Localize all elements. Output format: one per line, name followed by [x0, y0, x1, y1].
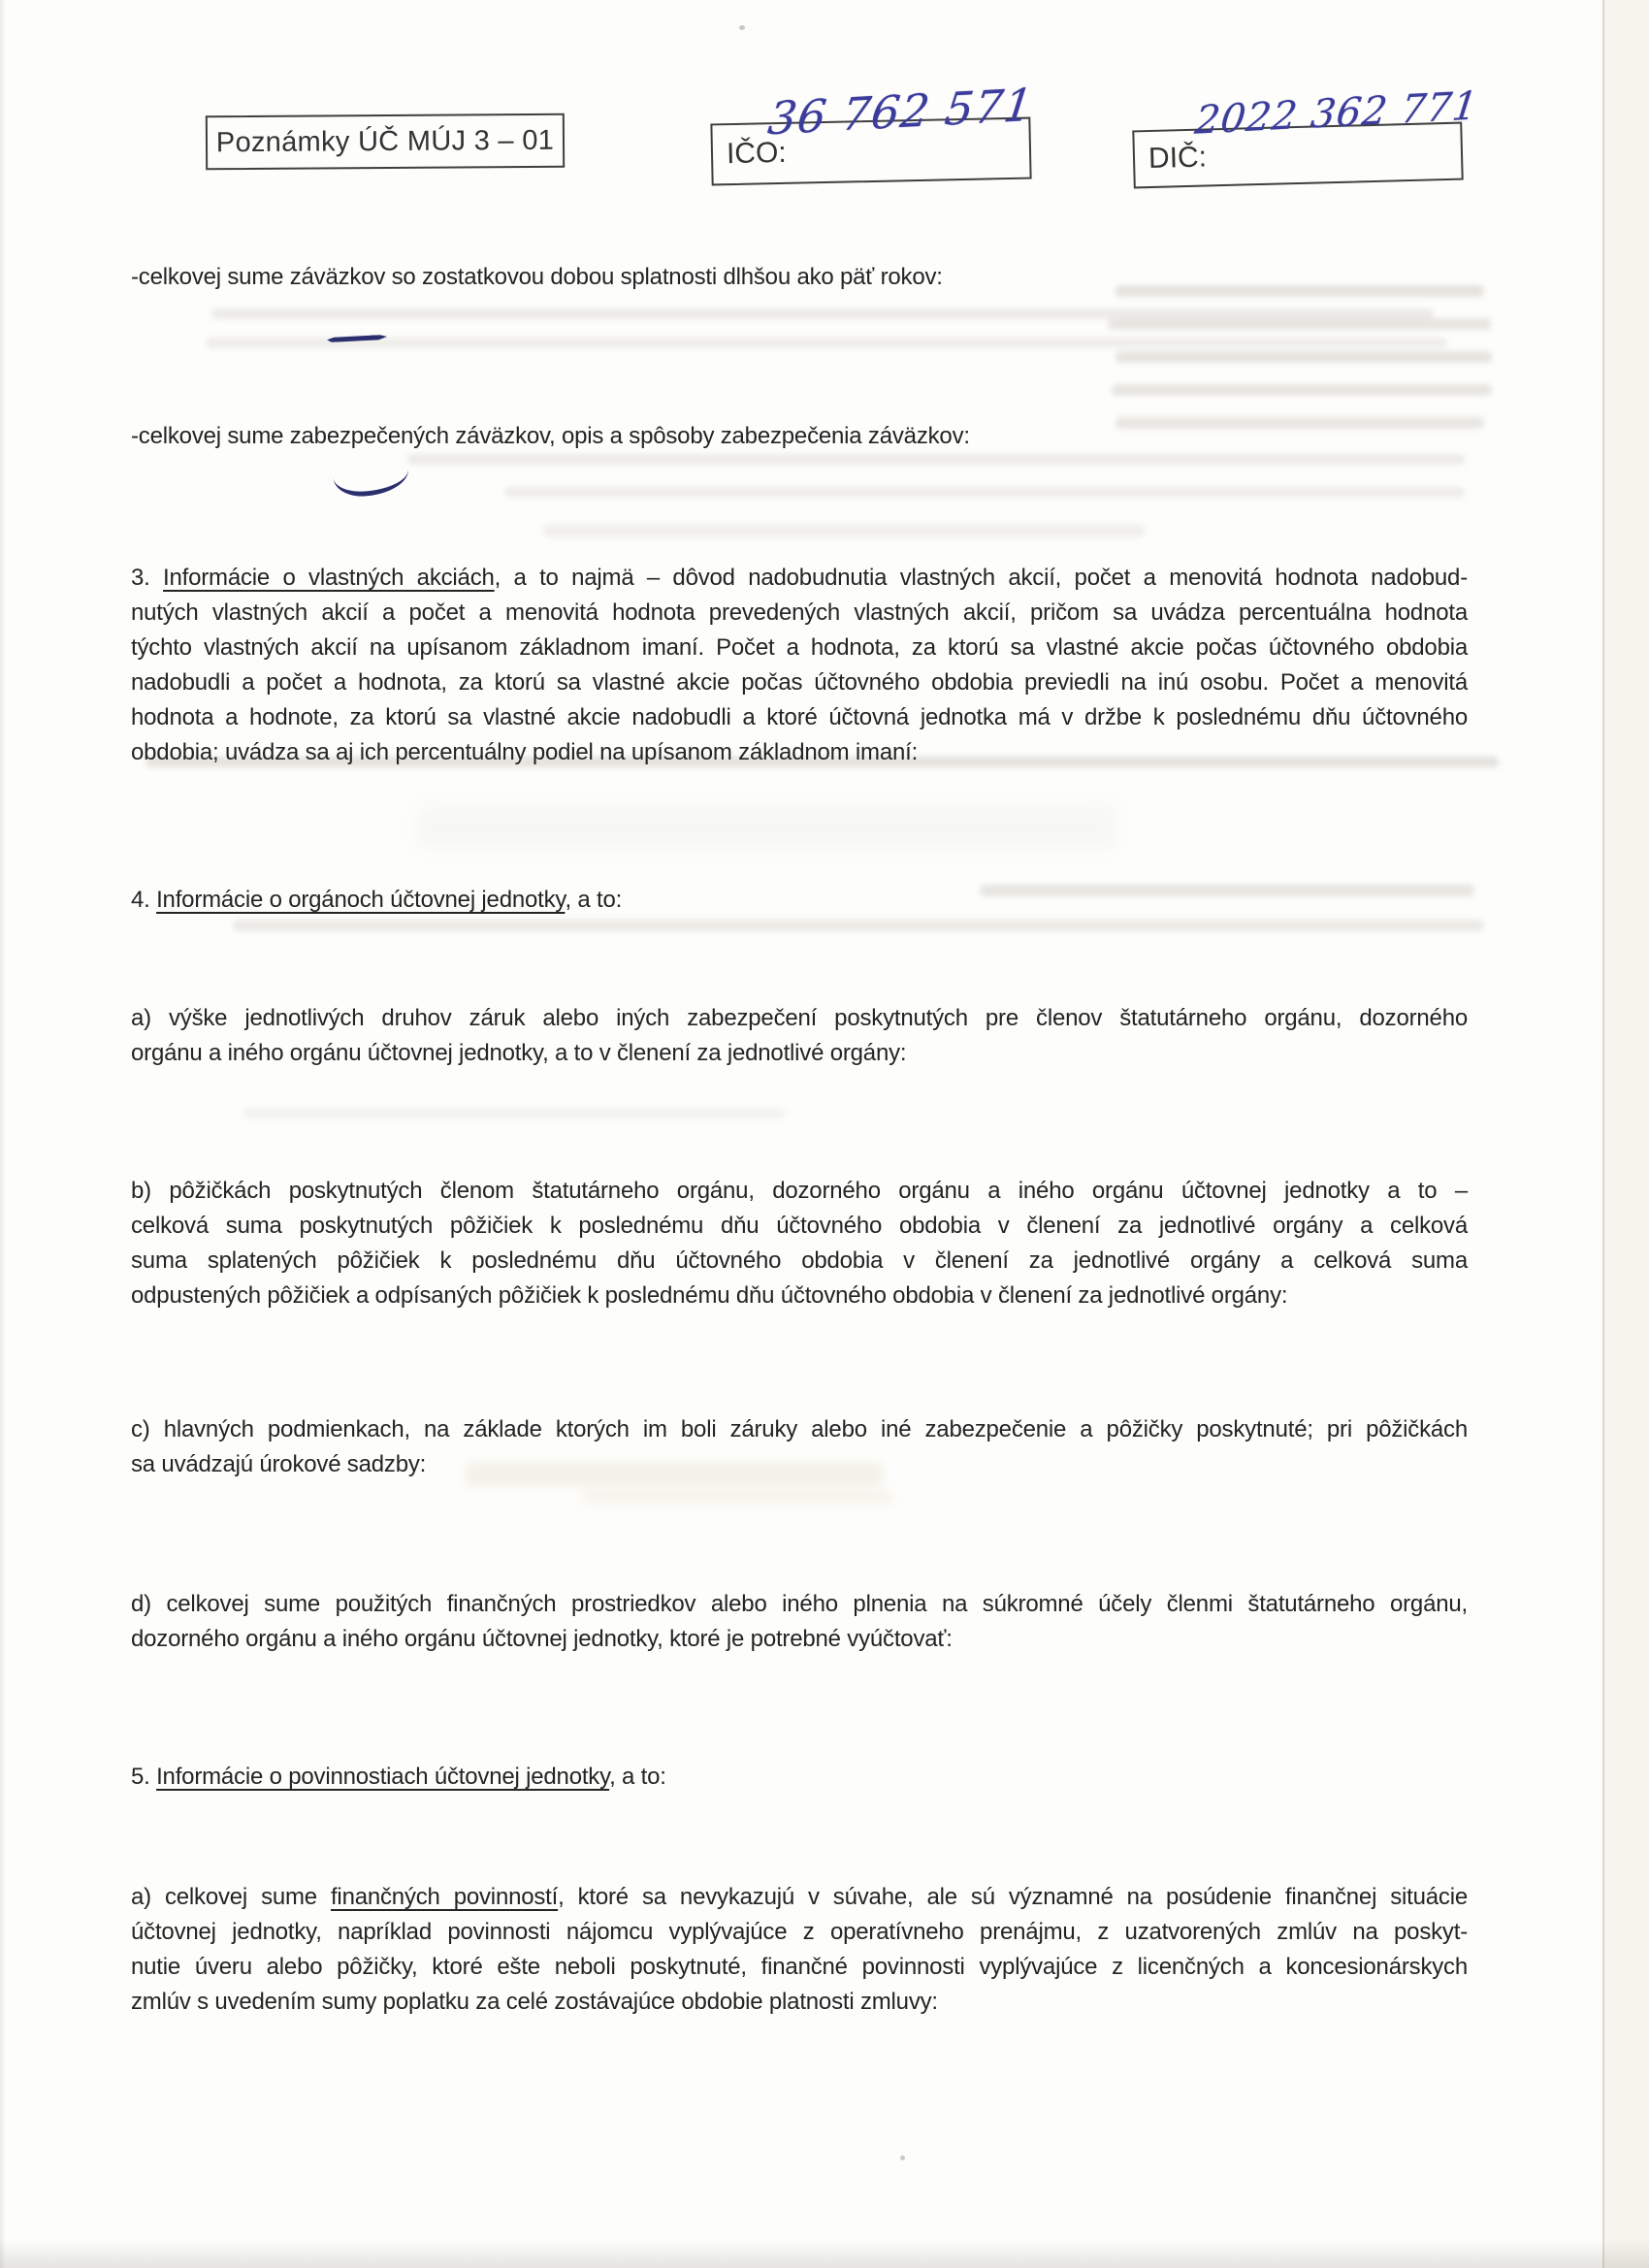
- underlined-phrase: finančných povinností: [331, 1884, 558, 1910]
- section-4-heading: 4. Informácie o orgánoch účtovnej jednot…: [131, 883, 1468, 918]
- section-4a-guarantees: a) výške jednotlivých druhov záruk alebo…: [131, 1001, 1468, 1071]
- page-right-edge: [1602, 0, 1604, 2268]
- paragraph-line: suma splatených pôžičiek k poslednému dň…: [131, 1244, 1468, 1279]
- paragraph-line: c) hlavných podmienkach, na základe ktor…: [131, 1412, 1468, 1447]
- bleed-through-smudge: [407, 454, 1465, 465]
- paragraph-line: nadobudli a počet a hodnota, za ktorú sa…: [131, 665, 1468, 700]
- paragraph-line: obdobia; uvádza sa aj ich percentuálny p…: [131, 735, 1468, 770]
- bleed-through-smudge: [1108, 318, 1491, 330]
- bleed-through-smudge: [417, 805, 1115, 848]
- paragraph-line: a) celkovej sume finančných povinností, …: [131, 1880, 1468, 1915]
- bleed-through-smudge: [233, 920, 1484, 931]
- bleed-through-smudge: [206, 338, 1447, 348]
- scanned-document-sheet: Poznámky ÚČ MÚJ 3 – 01 IČO: DIČ: 36 762 …: [0, 0, 1649, 2268]
- bleed-through-smudge: [242, 1108, 786, 1118]
- paragraph-line: hodnota a hodnote, za ktorú sa vlastné a…: [131, 700, 1468, 735]
- section-5a-financial-obligations: a) celkovej sume finančných povinností, …: [131, 1880, 1468, 2020]
- clause-liabilities-over-five-years: -celkovej sume záväzkov so zostatkovou d…: [131, 260, 1468, 295]
- paragraph-line: odpustených pôžičiek a odpísaných pôžiči…: [131, 1279, 1468, 1313]
- section-5-heading: 5. Informácie o povinnostiach účtovnej j…: [131, 1760, 1468, 1795]
- section-4b-loans: b) pôžičkách poskytnutých členom štatutá…: [131, 1174, 1468, 1313]
- paragraph-line: -celkovej sume záväzkov so zostatkovou d…: [131, 260, 1468, 295]
- paragraph-line: 4. Informácie o orgánoch účtovnej jednot…: [131, 883, 1468, 918]
- section-4c-conditions: c) hlavných podmienkach, na základe ktor…: [131, 1412, 1468, 1482]
- scan-right-margin: [1604, 0, 1649, 2268]
- paragraph-line: sa uvádzajú úrokové sadzby:: [131, 1447, 1468, 1482]
- underlined-phrase: Informácie o povinnostiach účtovnej jedn…: [156, 1764, 609, 1790]
- dic-label: DIČ:: [1148, 141, 1208, 176]
- section-3-own-shares: 3. Informácie o vlastných akciách, a to …: [131, 561, 1468, 770]
- bleed-through-smudge: [211, 308, 1434, 319]
- handwritten-check-mark: [333, 469, 410, 498]
- paragraph-line: b) pôžičkách poskytnutých členom štatutá…: [131, 1174, 1468, 1209]
- form-code-box: Poznámky ÚČ MÚJ 3 – 01: [206, 113, 565, 171]
- paragraph-line: celková suma poskytnutých pôžičiek k pos…: [131, 1209, 1468, 1244]
- paragraph-line: dozorného orgánu a iného orgánu účtovnej…: [131, 1622, 1468, 1657]
- underlined-phrase: Informácie o vlastných akciách: [163, 565, 495, 591]
- section-4d-private-use-funds: d) celkovej sume použitých finančných pr…: [131, 1587, 1468, 1657]
- paragraph-line: d) celkovej sume použitých finančných pr…: [131, 1587, 1468, 1622]
- scan-bottom-shadow: [0, 2239, 1649, 2268]
- underlined-phrase: Informácie o orgánoch účtovnej jednotky: [156, 887, 565, 913]
- bleed-through-smudge: [543, 524, 1145, 537]
- paragraph-line: 3. Informácie o vlastných akciách, a to …: [131, 561, 1468, 596]
- paragraph-line: zmlúv s uvedením sumy poplatku za celé z…: [131, 1985, 1468, 2020]
- scan-speck: [900, 2155, 905, 2160]
- bleed-through-smudge: [504, 487, 1465, 498]
- paragraph-line: -celkovej sume zabezpečených záväzkov, o…: [131, 419, 1468, 454]
- bleed-through-handwriting-smudge: [582, 1490, 892, 1504]
- paragraph-line: účtovnej jednotky, napríklad povinnosti …: [131, 1915, 1468, 1950]
- paragraph-line: nutých vlastných akcií a počet a menovit…: [131, 596, 1468, 631]
- paragraph-line: orgánu a iného orgánu účtovnej jednotky,…: [131, 1036, 1468, 1071]
- paragraph-line: nutie úveru alebo pôžičky, ktoré ešte ne…: [131, 1950, 1468, 1985]
- paragraph-line: týchto vlastných akcií na upísanom zákla…: [131, 631, 1468, 665]
- bleed-through-smudge: [1112, 384, 1492, 396]
- bleed-through-smudge: [1115, 351, 1492, 363]
- scan-left-shadow: [0, 0, 6, 2268]
- form-code-label: Poznámky ÚČ MÚJ 3 – 01: [216, 124, 555, 158]
- clause-secured-liabilities: -celkovej sume zabezpečených záväzkov, o…: [131, 419, 1468, 454]
- handwritten-dash-mark: [327, 335, 387, 342]
- paragraph-line: a) výške jednotlivých druhov záruk alebo…: [131, 1001, 1468, 1036]
- paragraph-line: 5. Informácie o povinnostiach účtovnej j…: [131, 1760, 1468, 1795]
- scan-speck: [739, 25, 745, 30]
